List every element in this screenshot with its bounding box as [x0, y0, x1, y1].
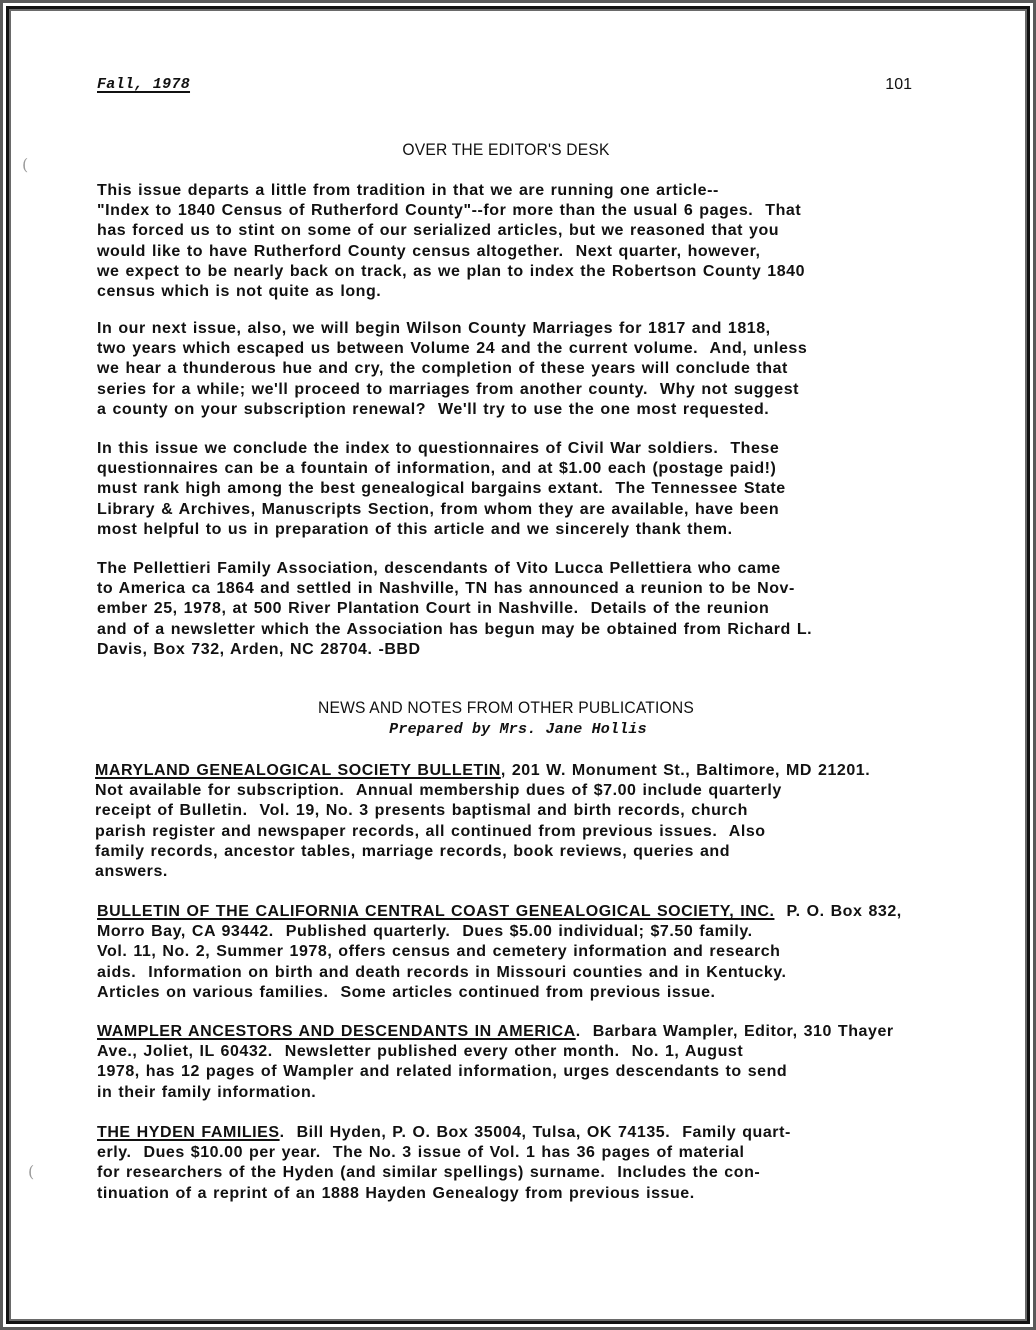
publication-title: WAMPLER ANCESTORS AND DESCENDANTS IN AME… [97, 1023, 576, 1040]
text-line: Articles on various families. Some artic… [97, 983, 937, 1003]
issue-season: Fall, 1978 [97, 76, 190, 93]
text-line: Vol. 11, No. 2, Summer 1978, offers cens… [97, 942, 937, 962]
text-line: series for a while; we'll proceed to mar… [97, 380, 937, 400]
page-number: 101 [885, 76, 912, 94]
entry-first-line: MARYLAND GENEALOGICAL SOCIETY BULLETIN, … [95, 761, 935, 781]
text-line: Davis, Box 732, Arden, NC 28704. -BBD [97, 640, 937, 660]
text-line: for researchers of the Hyden (and simila… [97, 1163, 937, 1183]
text-line: In this issue we conclude the index to q… [97, 439, 937, 459]
text-line: In our next issue, also, we will begin W… [97, 319, 937, 339]
text-line: 1978, has 12 pages of Wampler and relate… [97, 1062, 937, 1082]
news-entry: THE HYDEN FAMILIES. Bill Hyden, P. O. Bo… [97, 1123, 937, 1204]
text-line: parish register and newspaper records, a… [95, 822, 935, 842]
editor-paragraph: The Pellettieri Family Association, desc… [97, 559, 937, 660]
text-line: receipt of Bulletin. Vol. 19, No. 3 pres… [95, 801, 935, 821]
editor-section-title: OVER THE EDITOR'S DESK [29, 140, 982, 160]
margin-mark-bottom: ( [28, 1162, 34, 1181]
news-entry: BULLETIN OF THE CALIFORNIA CENTRAL COAST… [97, 902, 937, 1003]
text-line: ember 25, 1978, at 500 River Plantation … [97, 599, 937, 619]
publication-title: MARYLAND GENEALOGICAL SOCIETY BULLETIN [95, 762, 501, 779]
text-line: Library & Archives, Manuscripts Section,… [97, 500, 937, 520]
text-line: Morro Bay, CA 93442. Published quarterly… [97, 922, 937, 942]
text-line: to America ca 1864 and settled in Nashvi… [97, 579, 937, 599]
news-section-title: NEWS AND NOTES FROM OTHER PUBLICATIONS [29, 698, 982, 718]
entry-first-line-rest: , 201 W. Monument St., Baltimore, MD 212… [501, 762, 870, 779]
text-line: most helpful to us in preparation of thi… [97, 520, 937, 540]
text-line: tinuation of a reprint of an 1888 Hayden… [97, 1184, 937, 1204]
text-line: a county on your subscription renewal? W… [97, 400, 937, 420]
editor-paragraph: In this issue we conclude the index to q… [97, 439, 937, 540]
text-line: answers. [95, 862, 935, 882]
text-line: This issue departs a little from traditi… [97, 181, 937, 201]
text-line: The Pellettieri Family Association, desc… [97, 559, 937, 579]
publication-title: THE HYDEN FAMILIES [97, 1124, 280, 1141]
editor-paragraph: This issue departs a little from traditi… [97, 181, 937, 302]
running-head: Fall, 1978 101 [97, 76, 912, 98]
text-line: has forced us to stint on some of our se… [97, 221, 937, 241]
text-line: would like to have Rutherford County cen… [97, 242, 937, 262]
text-line: family records, ancestor tables, marriag… [95, 842, 935, 862]
text-line: questionnaires can be a fountain of info… [97, 459, 937, 479]
entry-first-line: BULLETIN OF THE CALIFORNIA CENTRAL COAST… [97, 902, 937, 922]
news-entry: MARYLAND GENEALOGICAL SOCIETY BULLETIN, … [95, 761, 935, 882]
text-line: we hear a thunderous hue and cry, the co… [97, 359, 937, 379]
text-line: must rank high among the best genealogic… [97, 479, 937, 499]
text-line: in their family information. [97, 1083, 937, 1103]
text-line: "Index to 1840 Census of Rutherford Coun… [97, 201, 937, 221]
entry-first-line-rest: . Barbara Wampler, Editor, 310 Thayer [576, 1023, 894, 1040]
publication-title: BULLETIN OF THE CALIFORNIA CENTRAL COAST… [97, 903, 774, 920]
editor-paragraph: In our next issue, also, we will begin W… [97, 319, 937, 420]
text-line: aids. Information on birth and death rec… [97, 963, 937, 983]
entry-first-line: WAMPLER ANCESTORS AND DESCENDANTS IN AME… [97, 1022, 937, 1042]
news-section-byline: Prepared by Mrs. Jane Hollis [0, 721, 1036, 738]
entry-first-line-rest: . Bill Hyden, P. O. Box 35004, Tulsa, OK… [280, 1124, 791, 1141]
text-line: Not available for subscription. Annual m… [95, 781, 935, 801]
text-line: census which is not quite as long. [97, 282, 937, 302]
news-entry: WAMPLER ANCESTORS AND DESCENDANTS IN AME… [97, 1022, 937, 1103]
text-line: we expect to be nearly back on track, as… [97, 262, 937, 282]
text-line: erly. Dues $10.00 per year. The No. 3 is… [97, 1143, 937, 1163]
margin-mark-top: ( [22, 155, 28, 174]
text-line: and of a newsletter which the Associatio… [97, 620, 937, 640]
entry-first-line: THE HYDEN FAMILIES. Bill Hyden, P. O. Bo… [97, 1123, 937, 1143]
text-line: Ave., Joliet, IL 60432. Newsletter publi… [97, 1042, 937, 1062]
document-page: Fall, 1978 101 ( ( OVER THE EDITOR'S DES… [0, 0, 1036, 1330]
entry-first-line-rest: P. O. Box 832, [774, 903, 901, 920]
text-line: two years which escaped us between Volum… [97, 339, 937, 359]
